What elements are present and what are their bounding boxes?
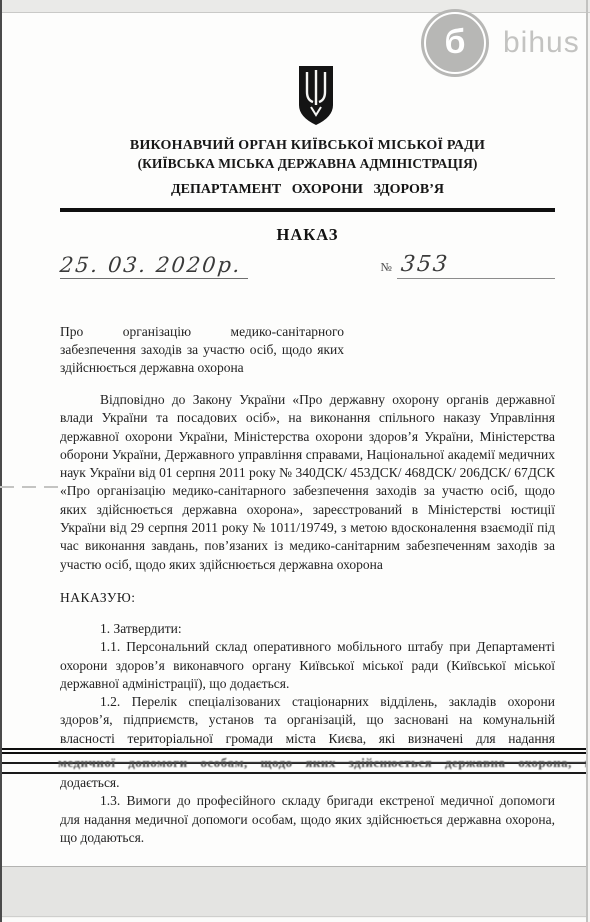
viewer-bottom-strip — [2, 918, 586, 922]
order-number-handwritten: 353 — [400, 252, 451, 277]
redacted-text: медичної допомоги особам, щодо яких здій… — [58, 755, 584, 770]
org-name-line1: ВИКОНАВЧИЙ ОРГАН КИЇВСЬКОЇ МІСЬКОЇ РАДИ — [60, 138, 555, 154]
department-name: ДЕПАРТАМЕНТ ОХОРОНИ ЗДОРОВ’Я — [60, 182, 555, 198]
ukraine-trident-icon — [296, 65, 336, 127]
order-number-field: № 353 — [381, 252, 555, 279]
document-page: ВИКОНАВЧИЙ ОРГАН КИЇВСЬКОЇ МІСЬКОЇ РАДИ … — [2, 13, 586, 866]
bihus-watermark: б bihus — [421, 9, 580, 77]
order-number-line: 353 — [397, 252, 555, 279]
org-name-line2: (КИЇВСЬКА МІСЬКА ДЕРЖАВНА АДМІНІСТРАЦІЯ) — [60, 156, 555, 172]
order-item-1-3: 1.3. Вимоги до професійного складу брига… — [60, 792, 555, 847]
scan-line-artifact — [0, 486, 60, 488]
preamble-paragraph: Відповідно до Закону України «Про держав… — [60, 391, 555, 574]
scanned-order-document: { "watermark": { "logo_glyph": "б", "bra… — [0, 0, 590, 922]
order-item-1-1: 1.1. Персональний склад оперативного моб… — [60, 638, 555, 693]
date-number-row: 25. 03. 2020р. № 353 — [60, 252, 555, 279]
order-item-1-2-text: 1.2. Перелік спеціалізованих стаціонарни… — [60, 693, 555, 748]
letterhead-rule — [60, 208, 555, 212]
order-subject: Про організацію медико-санітарного забез… — [60, 323, 344, 377]
viewer-bottom-bar — [2, 866, 586, 917]
scan-left-edge — [0, 0, 2, 922]
bihus-logo-glyph: б — [421, 9, 489, 77]
order-item-1-2-tail: додається. — [60, 774, 555, 792]
number-sign: № — [381, 260, 392, 279]
decree-word: НАКАЗУЮ: — [60, 590, 555, 606]
scan-right-edge — [586, 0, 588, 922]
order-item-1: 1. Затвердити: — [60, 620, 555, 638]
order-title: НАКАЗ — [60, 225, 555, 245]
order-date-handwritten: 25. 03. 2020р. — [59, 253, 243, 277]
bihus-brand-text: bihus — [503, 26, 580, 60]
bihus-logo-icon: б — [421, 9, 489, 77]
order-date-field: 25. 03. 2020р. — [60, 253, 248, 279]
redacted-struck-line: медичної допомоги особам, щодо яких здій… — [2, 748, 586, 774]
